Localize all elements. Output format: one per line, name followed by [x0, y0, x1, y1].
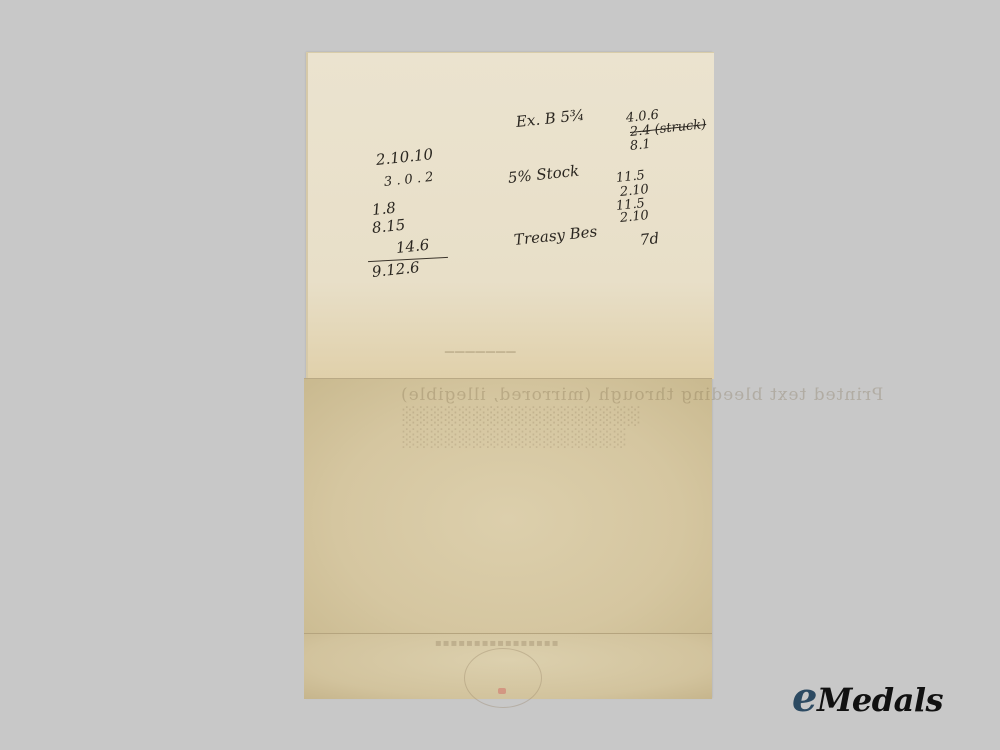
paper-top-panel: 2.10.10 3 . 0 . 2 1.8 8.15 14.6 9.12.6 E…: [306, 52, 714, 379]
seal-red-mark: [498, 688, 506, 694]
paper-middle-panel: Printed text bleeding through (mirrored,…: [304, 378, 712, 634]
handwritten-line: 14.6: [395, 236, 430, 257]
emedals-logo: eMedals: [792, 674, 943, 721]
ghost-print-line: ▁▁▁▁▁▁▁: [444, 339, 516, 353]
entry-label: 5% Stock: [507, 162, 580, 187]
entry-label: Treasy Bes: [513, 222, 598, 249]
entry-value: 7d: [639, 229, 660, 249]
handwritten-total: 9.12.6: [371, 258, 420, 281]
entry-label: Ex. B 5¾: [515, 106, 585, 131]
embossed-seal: [464, 648, 542, 708]
handwritten-line: 2.10.10: [375, 145, 434, 169]
ghost-print-line: ░░░░░░░░░░░░░░░░░: [400, 407, 639, 427]
handwritten-line: 8.15: [371, 216, 406, 237]
entry-value: 2.10: [619, 208, 649, 226]
ghost-print-line: ░░░░░░░░░░░░░░░░: [400, 429, 625, 449]
paper-bottom-panel: ▪▪▪▪▪▪▪▪▪▪▪▪▪▪▪▪: [304, 633, 712, 699]
entry-value: 8.1: [629, 137, 651, 154]
logo-prefix: e: [792, 674, 817, 721]
document-paper: 2.10.10 3 . 0 . 2 1.8 8.15 14.6 9.12.6 E…: [306, 52, 712, 698]
logo-name: Medals: [817, 681, 943, 719]
handwritten-line: 3 . 0 . 2: [383, 170, 434, 190]
ghost-print-line: Printed text bleeding through (mirrored,…: [400, 385, 883, 405]
